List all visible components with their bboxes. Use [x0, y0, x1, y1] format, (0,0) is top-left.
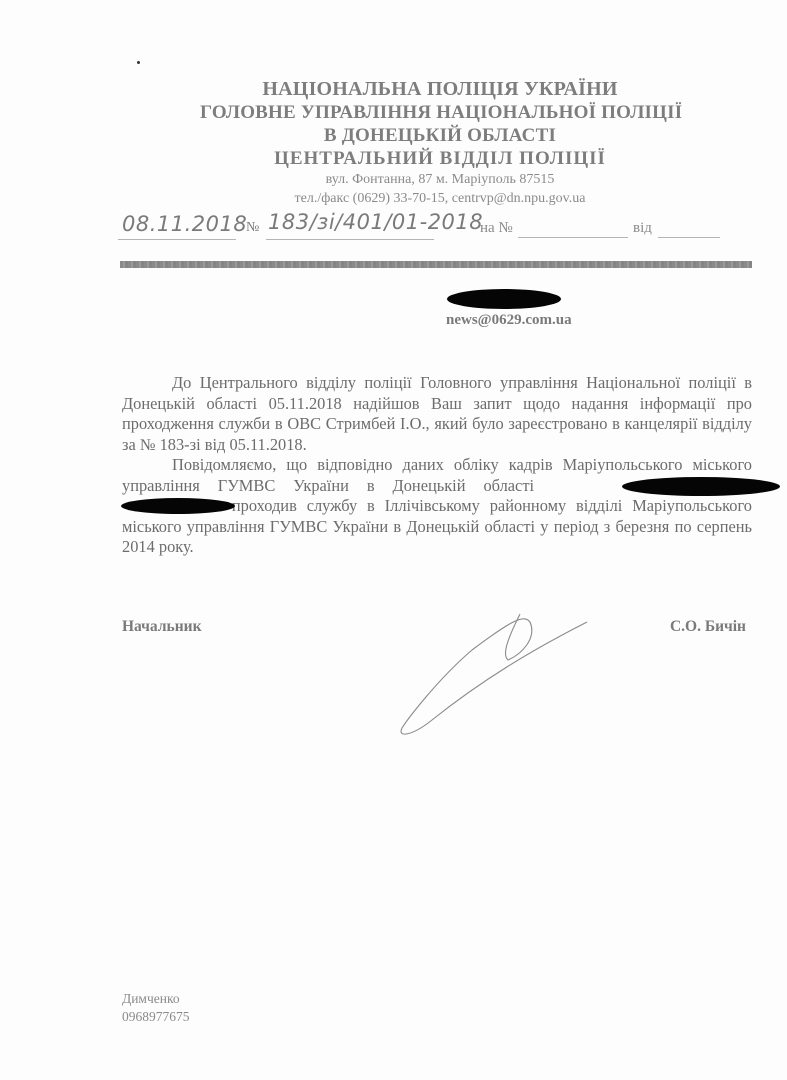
name-redaction-1 — [622, 477, 780, 496]
signature-block: Начальник С.О. Бичін — [122, 615, 752, 735]
signatory-name: С.О. Бичін — [670, 618, 746, 636]
number-underline — [266, 239, 434, 240]
letterhead-agency: НАЦІОНАЛЬНА ПОЛІЦІЯ УКРАЇНИ — [200, 78, 680, 101]
letterhead-directorate: ГОЛОВНЕ УПРАВЛІННЯ НАЦІОНАЛЬНОЇ ПОЛІЦІЇ — [200, 101, 680, 124]
number-label: № — [246, 220, 259, 236]
name-redaction-2 — [121, 498, 235, 514]
letterhead-department: ЦЕНТРАЛЬНИЙ ВІДДІЛ ПОЛІЦІЇ — [200, 147, 680, 170]
handwritten-signature-icon — [382, 610, 642, 740]
paragraph-1-text: До Центрального відділу поліції Головног… — [122, 373, 752, 455]
date-underline — [118, 239, 236, 240]
reply-from-label: від — [633, 220, 652, 237]
registration-row: 08.11.2018 № 183/зі/401/01-2018 на № від — [118, 208, 758, 248]
executor-name: Димченко — [122, 990, 190, 1008]
letterhead-address: вул. Фонтанна, 87 м. Маріуполь 87515 — [200, 170, 680, 189]
letterhead-divider — [120, 261, 752, 268]
letterhead-contacts: тел./факс (0629) 33-70-15, centrvp@dn.np… — [200, 189, 680, 208]
body-paragraph-1: До Центрального відділу поліції Головног… — [122, 373, 752, 455]
signatory-title: Начальник — [122, 618, 202, 636]
handwritten-date: 08.11.2018 — [122, 212, 247, 236]
recipient-email: news@0629.com.ua — [446, 312, 572, 329]
document-page: НАЦІОНАЛЬНА ПОЛІЦІЯ УКРАЇНИ ГОЛОВНЕ УПРА… — [0, 0, 787, 1080]
letterhead: НАЦІОНАЛЬНА ПОЛІЦІЯ УКРАЇНИ ГОЛОВНЕ УПРА… — [200, 78, 680, 208]
handwritten-reg-number: 183/зі/401/01-2018 — [268, 210, 483, 234]
reply-date-blank — [658, 237, 720, 238]
reply-to-label: на № — [480, 220, 513, 237]
recipient-redaction — [447, 289, 561, 309]
reply-number-blank — [518, 237, 628, 238]
letterhead-region: В ДОНЕЦЬКІЙ ОБЛАСТІ — [200, 124, 680, 147]
scan-speck — [137, 61, 140, 64]
executor-phone: 0968977675 — [122, 1008, 190, 1026]
executor-info: Димченко 0968977675 — [122, 990, 190, 1026]
